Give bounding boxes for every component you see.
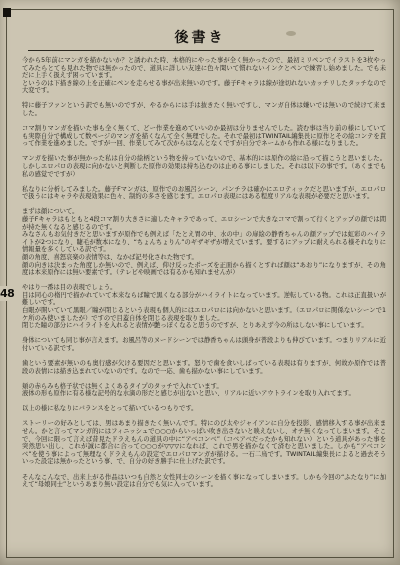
page-title: 後書き <box>0 27 400 47</box>
paragraph: そんなこんなで、出来上がる作品はいつも自然と女性同士のシーンを描く事になってしま… <box>22 474 386 489</box>
afterword-body-text: 今から5年前にマンガを描かないか？と誘われた時、本格的にやった事が全く無かったの… <box>22 57 386 496</box>
paragraph: 今から5年前にマンガを描かないか？と誘われた時、本格的にやった事が全く無かったの… <box>22 57 386 95</box>
paragraph: ストーリーの好みとしては、男はあまり描きたく無いんです。特にのび太やジャイアンに… <box>22 420 386 466</box>
paragraph: 以上の様に私なりにバランスをとって描いているつもりです。 <box>22 405 386 413</box>
corner-registration-mark <box>3 8 11 17</box>
paragraph: まずは顔について。藤子Fキャラはもともと4段コマ割り大きさに適したキャラであって… <box>22 208 386 276</box>
scanned-afterword-page: 後書き 48 今から5年前にマンガを描かないか？と誘われた時、本格的にやった事が… <box>0 0 400 565</box>
page-number: 48 <box>0 286 16 301</box>
paragraph: やはり一番は目の表現でしょう。目は同心の楕円で描かれていて本来ならば瞳で黒くなる… <box>22 284 386 330</box>
paragraph: 歯という要素が無いのも奥行感が欠ける要因だと思います。怒りで歯を食いしばっている… <box>22 360 386 375</box>
title-underline <box>28 50 374 51</box>
paragraph: 私なりに分析してみました。藤子Fマンガは、原作でのお風呂シーン、パンチラは確かに… <box>22 186 386 201</box>
paragraph: 頬の赤らみも格子状では無くよくあるタイプのタッチで入れています。液体の形も原作に… <box>22 383 386 398</box>
paragraph: 特に藤子ファンという訳でも無いのですが、やるからには手は抜きたく無いですし、マン… <box>22 102 386 117</box>
paragraph: コマ割りマンガを描いた事も全く無くて、どー作業を進めていいのか最初は分りませんで… <box>22 125 386 148</box>
paragraph: 身体についても同じ事が言えます。お風呂等のヌードシーンでは静香ちゃんは頭身が普段… <box>22 337 386 352</box>
paragraph: マンガを描いた事が無かった私は自分の絵柄という物を持っていないので、基本的には原… <box>22 155 386 178</box>
